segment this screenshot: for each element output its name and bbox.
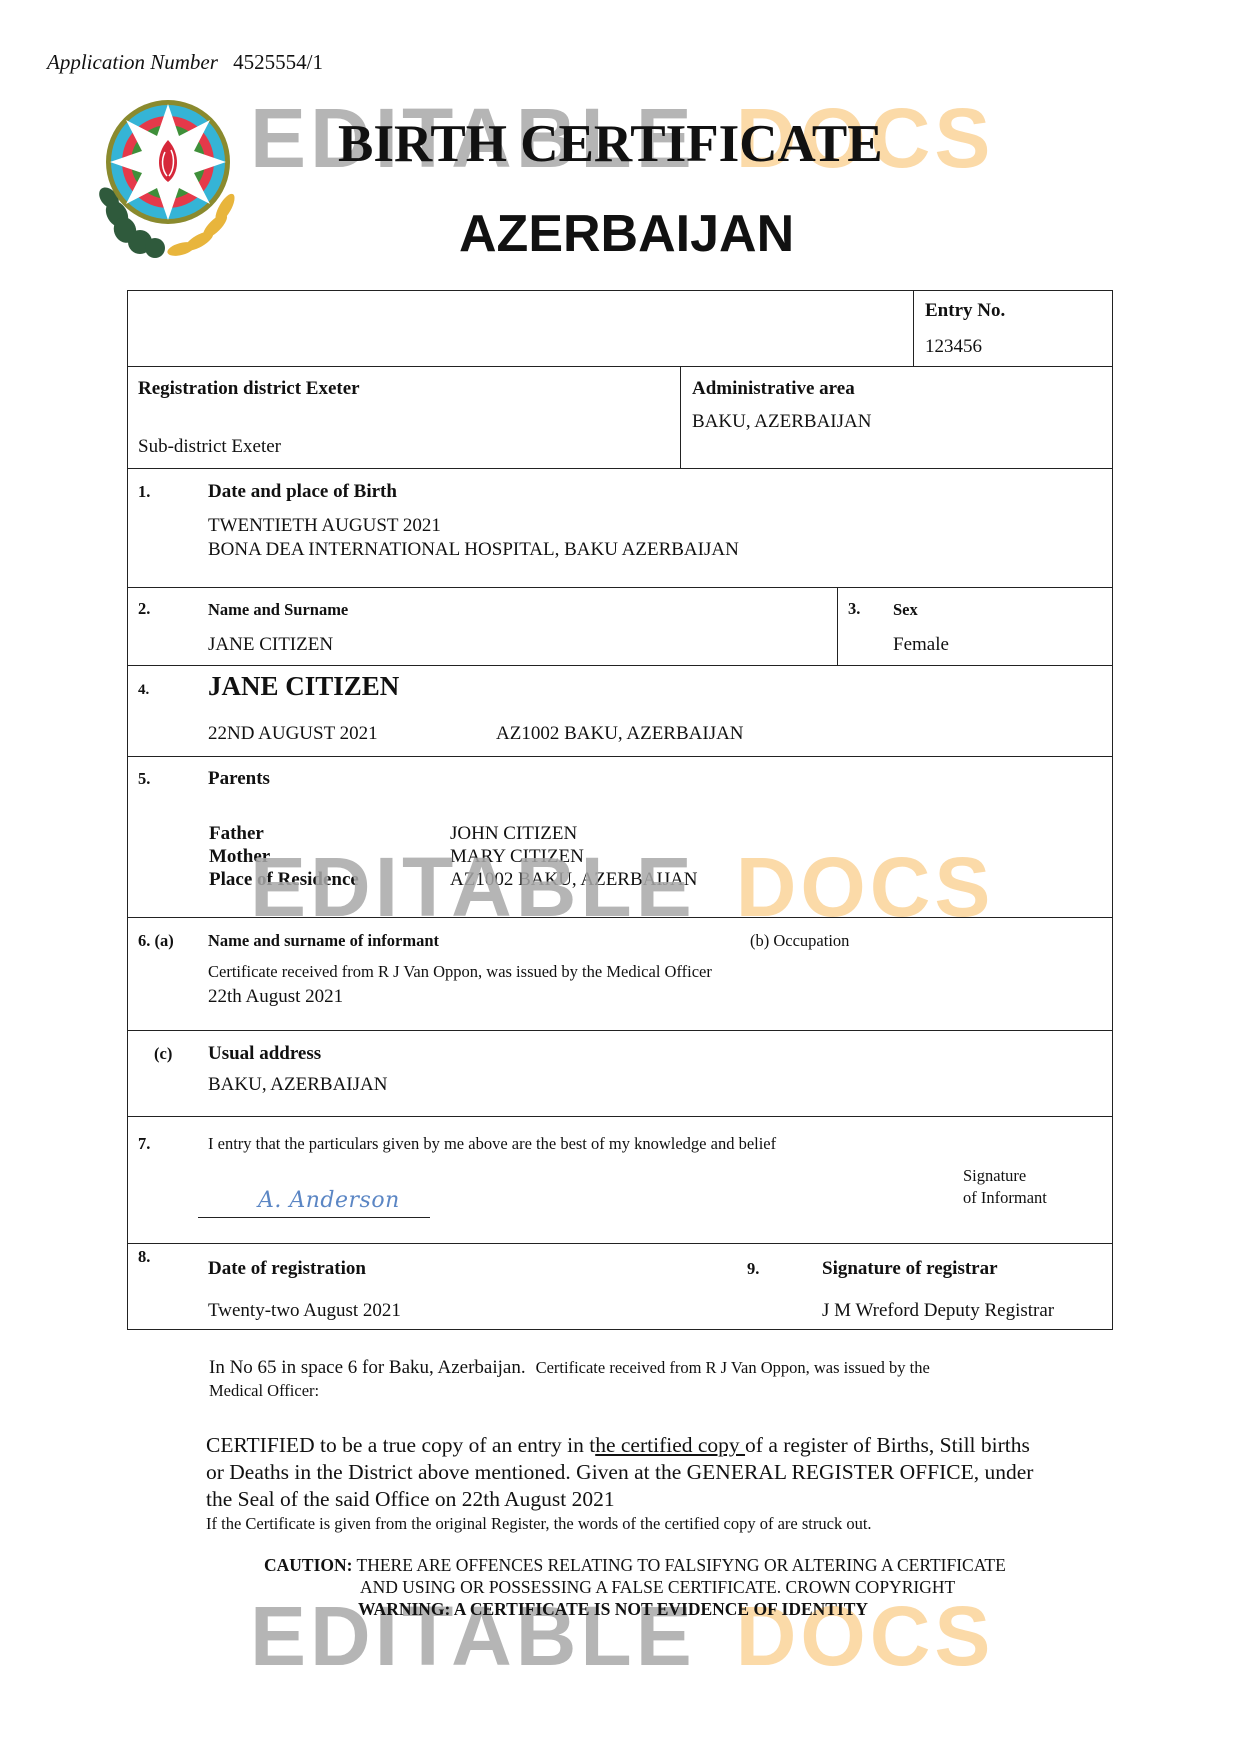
caution-text: THERE ARE OFFENCES RELATING TO FALSIFYNG… [352, 1555, 1005, 1575]
azerbaijan-emblem-icon [95, 96, 245, 266]
name-surname-value: JANE CITIZEN [208, 634, 333, 656]
section-8-number: 8. [138, 1247, 150, 1267]
occupation-label: (b) Occupation [750, 931, 849, 951]
father-value: JOHN CITIZEN [450, 823, 577, 845]
country-title: AZERBAIJAN [459, 204, 794, 264]
signature-label-2: of Informant [963, 1188, 1047, 1208]
usual-address-label: Usual address [208, 1043, 321, 1065]
informant-line-2: 22th August 2021 [208, 986, 343, 1008]
footer-note-part2: Certificate received from R J Van Oppon,… [536, 1358, 930, 1377]
section-5-number: 5. [138, 769, 150, 789]
residence-label: Place of Residence [209, 869, 359, 891]
certified-line-2: or Deaths in the District above mentione… [206, 1460, 1033, 1485]
section-2-number: 2. [138, 599, 150, 619]
name-surname-label: Name and Surname [208, 600, 348, 620]
sex-value: Female [893, 634, 949, 656]
section-3-number: 3. [848, 599, 860, 619]
informant-line-1: Certificate received from R J Van Oppon,… [208, 962, 712, 982]
entry-number-label: Entry No. [925, 300, 1005, 322]
informant-name-label: Name and surname of informant [208, 931, 439, 951]
caution-line-1: CAUTION: THERE ARE OFFENCES RELATING TO … [264, 1555, 1006, 1576]
usual-address-value: BAKU, AZERBAIJAN [208, 1074, 387, 1096]
registrar-signature-label: Signature of registrar [822, 1258, 998, 1280]
footer-note: In No 65 in space 6 for Baku, Azerbaijan… [209, 1357, 930, 1379]
certified-text-post: of a register of Births, Still births [745, 1433, 1030, 1457]
registration-date-label: Date of registration [208, 1258, 366, 1280]
signature-label-1: Signature [963, 1166, 1026, 1186]
section-4-address: AZ1002 BAKU, AZERBAIJAN [496, 723, 744, 745]
birth-place: BONA DEA INTERNATIONAL HOSPITAL, BAKU AZ… [208, 539, 739, 561]
residence-value: AZ1002 BAKU, AZERBAIJAN [450, 869, 698, 891]
informant-statement: I entry that the particulars given by me… [208, 1134, 776, 1154]
watermark-part2: DOCS [736, 840, 995, 934]
section-4-number: 4. [138, 682, 149, 699]
application-number-value: 4525554/1 [233, 50, 323, 74]
caution-label: CAUTION: [264, 1555, 352, 1575]
signature-line [198, 1217, 430, 1218]
application-number-label: Application Number [47, 50, 218, 74]
section-1-number: 1. [138, 482, 150, 502]
child-name-large: JANE CITIZEN [208, 671, 399, 702]
section-6c-number: (c) [154, 1044, 172, 1064]
certified-line-3: the Seal of the said Office on 22th Augu… [206, 1487, 615, 1512]
certified-copy-underlined: he certified copy [595, 1433, 745, 1457]
father-label: Father [209, 823, 264, 845]
section-6a-number: 6. (a) [138, 931, 174, 951]
certified-line-1: CERTIFIED to be a true copy of an entry … [206, 1433, 1030, 1458]
caution-line-2: AND USING OR POSSESSING A FALSE CERTIFIC… [360, 1577, 955, 1598]
application-number: Application Number 4525554/1 [47, 50, 323, 75]
mother-value: MARY CITIZEN [450, 846, 584, 868]
footer-note-part1: In No 65 in space 6 for Baku, Azerbaijan… [209, 1357, 526, 1378]
footer-note-line2: Medical Officer: [209, 1381, 319, 1401]
birth-date: TWENTIETH AUGUST 2021 [208, 515, 441, 537]
date-place-birth-label: Date and place of Birth [208, 481, 397, 503]
section-7-number: 7. [138, 1134, 150, 1154]
sub-district: Sub-district Exeter [138, 436, 281, 458]
document-title: BIRTH CERTIFICATE [338, 114, 883, 174]
identity-warning: WARNING: A CERTIFICATE IS NOT EVIDENCE O… [358, 1599, 868, 1620]
administrative-area-value: BAKU, AZERBAIJAN [692, 411, 871, 433]
informant-signature: A. Anderson [258, 1188, 400, 1213]
registration-date-value: Twenty-two August 2021 [208, 1300, 401, 1322]
section-9-number: 9. [747, 1259, 759, 1279]
struck-out-note: If the Certificate is given from the ori… [206, 1514, 872, 1534]
registrar-name: J M Wreford Deputy Registrar [822, 1300, 1054, 1322]
administrative-area-label: Administrative area [692, 378, 855, 400]
certified-text-pre: CERTIFIED to be a true copy of an entry … [206, 1433, 595, 1457]
sex-label: Sex [893, 600, 918, 620]
parents-label: Parents [208, 768, 270, 790]
registration-district: Registration district Exeter [138, 378, 360, 400]
entry-number-value: 123456 [925, 336, 982, 358]
mother-label: Mother [209, 846, 270, 868]
section-4-date: 22ND AUGUST 2021 [208, 723, 378, 745]
